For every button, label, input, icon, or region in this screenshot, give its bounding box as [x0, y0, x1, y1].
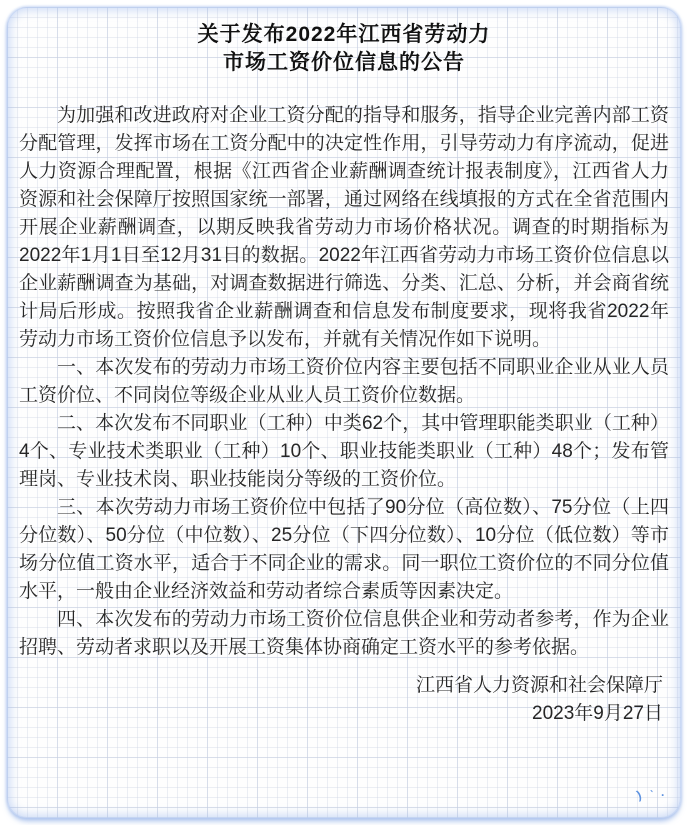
document-card: 关于发布2022年江西省劳动力 市场工资价位信息的公告 为加强和改进政府对企业工…	[7, 7, 681, 818]
signature-organization: 江西省人力资源和社会保障厅	[19, 672, 663, 700]
signature-date: 2023年9月27日	[19, 700, 663, 728]
paragraph-item-1: 一、本次发布的劳动力市场工资价位内容主要包括不同职业企业从业人员工资价位、不同岗…	[19, 354, 669, 410]
flourish-dot-icon: ·	[661, 790, 665, 800]
document-body: 为加强和改进政府对企业工资分配的指导和服务，指导企业完善内部工资分配管理，发挥市…	[19, 102, 669, 662]
paragraph-item-2: 二、本次发布不同职业（工种）中类62个，其中管理职能类职业（工种）4个、专业技术…	[19, 410, 669, 494]
flourish-curve-icon: )	[636, 790, 643, 801]
signature-block: 江西省人力资源和社会保障厅 2023年9月27日	[19, 672, 669, 728]
document-title-line1: 关于发布2022年江西省劳动力	[198, 23, 491, 46]
document-title: 关于发布2022年江西省劳动力 市场工资价位信息的公告	[19, 21, 669, 77]
flourish-tick-icon: ˋ	[648, 790, 653, 800]
corner-flourish-icon: ) ˋ ·	[637, 790, 665, 800]
paragraph-item-4: 四、本次发布的劳动力市场工资价位信息供企业和劳动者参考，作为企业招聘、劳动者求职…	[19, 606, 669, 662]
paragraph-intro: 为加强和改进政府对企业工资分配的指导和服务，指导企业完善内部工资分配管理，发挥市…	[19, 102, 669, 354]
announcement-page: 关于发布2022年江西省劳动力 市场工资价位信息的公告 为加强和改进政府对企业工…	[0, 0, 688, 825]
document-title-line2: 市场工资价位信息的公告	[223, 51, 465, 74]
paragraph-item-3: 三、本次劳动力市场工资价位中包括了90分位（高位数）、75分位（上四分位数）、5…	[19, 494, 669, 606]
